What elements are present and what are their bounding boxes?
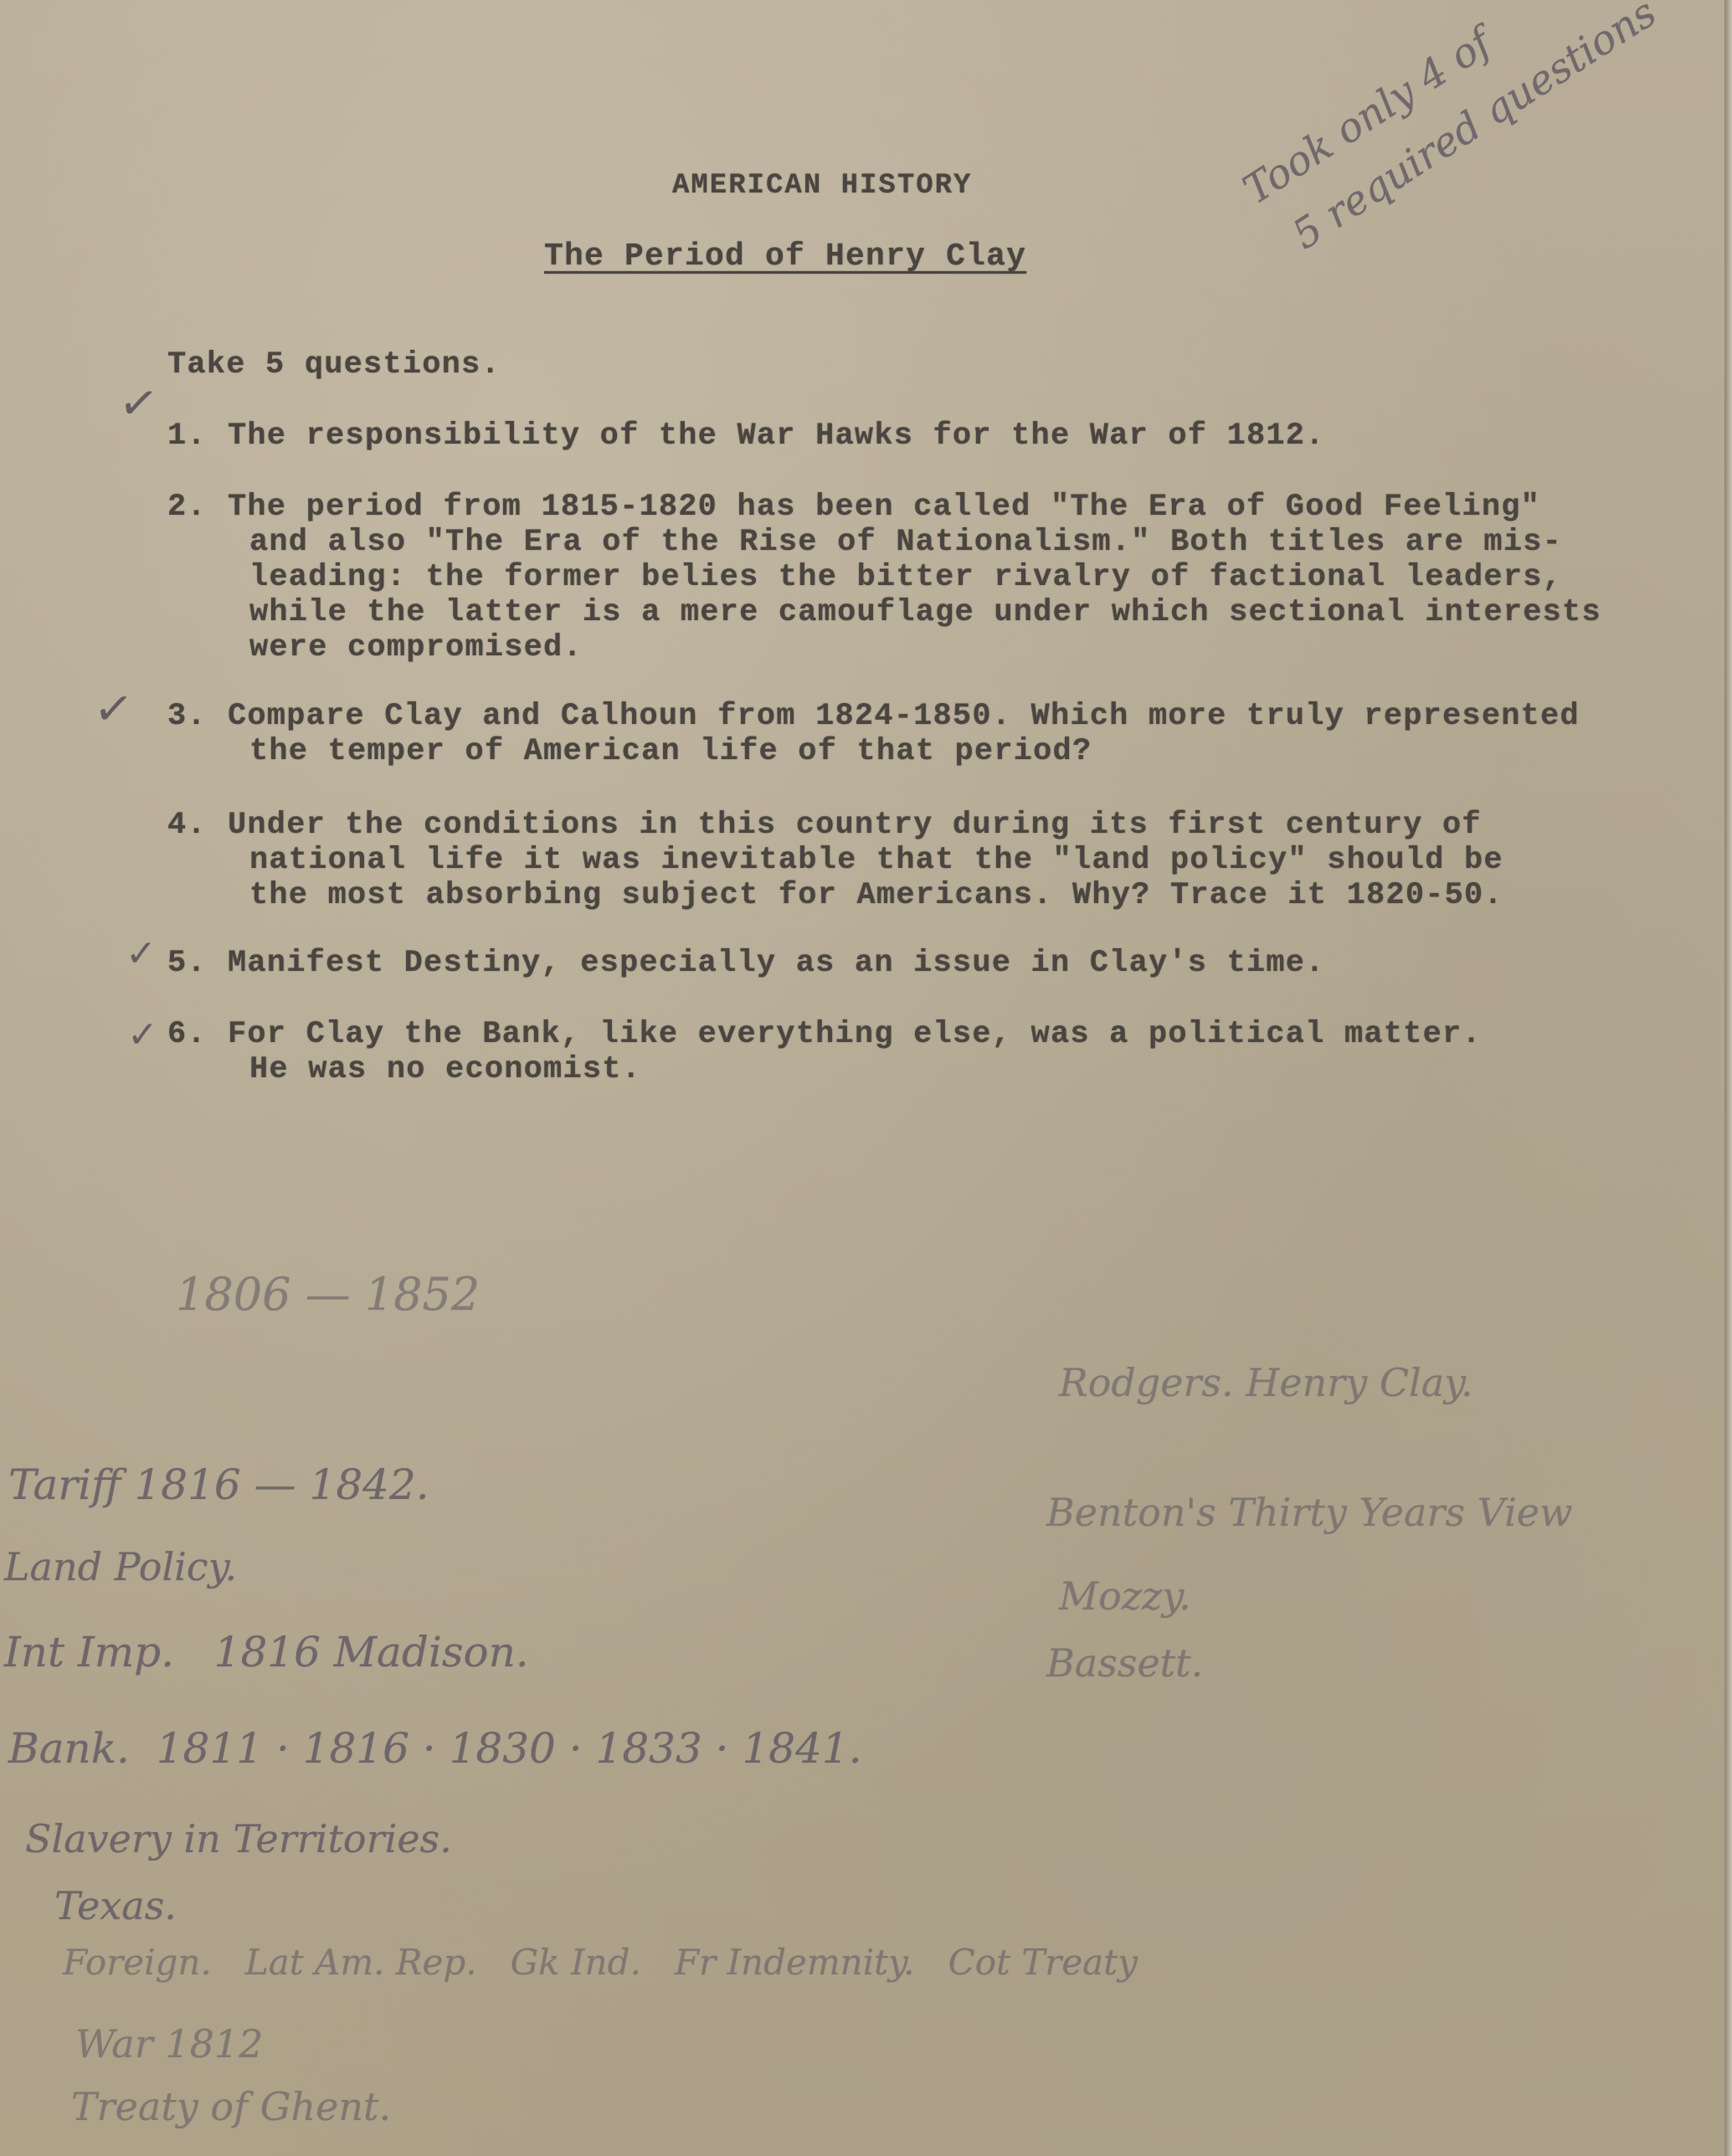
topic-tariff: Tariff 1816 — 1842. (8, 1460, 429, 1509)
reference-4: Bassett. (1046, 1640, 1203, 1686)
check-mark-icon: ✓ (126, 936, 157, 973)
question-1-line-1: The responsibility of the War Hawks for … (228, 418, 1325, 454)
question-2-number: 2. (167, 490, 207, 525)
question-3-line-2: the temper of American life of that peri… (249, 734, 1092, 769)
question-2-line-5: were compromised. (249, 630, 583, 665)
check-mark-icon: ✓ (127, 1017, 158, 1054)
reference-2: Benton's Thirty Years View (1046, 1490, 1572, 1535)
question-1-number: 1. (167, 418, 207, 454)
topic-internal-improvements: Int Imp. 1816 Madison. (4, 1628, 529, 1676)
topic-bank: Bank. 1811 · 1816 · 1830 · 1833 · 1841. (8, 1724, 862, 1773)
question-4-line-1: Under the conditions in this country dur… (228, 808, 1482, 843)
question-2-line-1: The period from 1815-1820 has been calle… (228, 490, 1540, 525)
topic-treaty-of-ghent: Treaty of Ghent. (71, 2084, 391, 2129)
instruction-text: Take 5 questions. (167, 347, 501, 382)
paper-edge (1724, 0, 1732, 2156)
question-4-line-2: national life it was inevitable that the… (249, 843, 1503, 878)
question-4-line-3: the most absorbing subject for Americans… (249, 878, 1503, 913)
question-2-line-4: while the latter is a mere camouflage un… (249, 595, 1601, 630)
question-6-line-1: For Clay the Bank, like everything else,… (228, 1017, 1482, 1052)
question-6-line-2: He was no economist. (249, 1052, 641, 1087)
question-2-line-3: leading: the former belies the bitter ri… (249, 560, 1562, 595)
question-5-number: 5. (167, 946, 207, 981)
question-6-number: 6. (167, 1017, 207, 1052)
reference-1: Rodgers. Henry Clay. (1059, 1360, 1473, 1405)
topic-war-1812: War 1812 (75, 2021, 263, 2066)
document-title: AMERICAN HISTORY (672, 170, 972, 202)
check-mark-icon: ✓ (116, 378, 161, 430)
date-range-note: 1806 — 1852 (176, 1268, 480, 1321)
check-mark-icon: ✓ (91, 685, 136, 736)
topic-texas: Texas. (54, 1883, 177, 1928)
question-2-line-2: and also "The Era of the Rise of Nationa… (249, 525, 1562, 560)
document-subtitle: The Period of Henry Clay (544, 239, 1026, 275)
question-4-number: 4. (167, 808, 207, 843)
topic-foreign: Foreign. Lat Am. Rep. Gk Ind. Fr Indemni… (63, 1942, 1138, 1983)
question-3-number: 3. (167, 699, 207, 734)
question-3-line-1: Compare Clay and Calhoun from 1824-1850.… (228, 699, 1580, 734)
topic-slavery-territories: Slavery in Territories. (25, 1816, 452, 1861)
reference-3: Mozzy. (1059, 1573, 1191, 1619)
question-5-line-1: Manifest Destiny, especially as an issue… (228, 946, 1325, 981)
topic-land-policy: Land Policy. (4, 1544, 237, 1589)
